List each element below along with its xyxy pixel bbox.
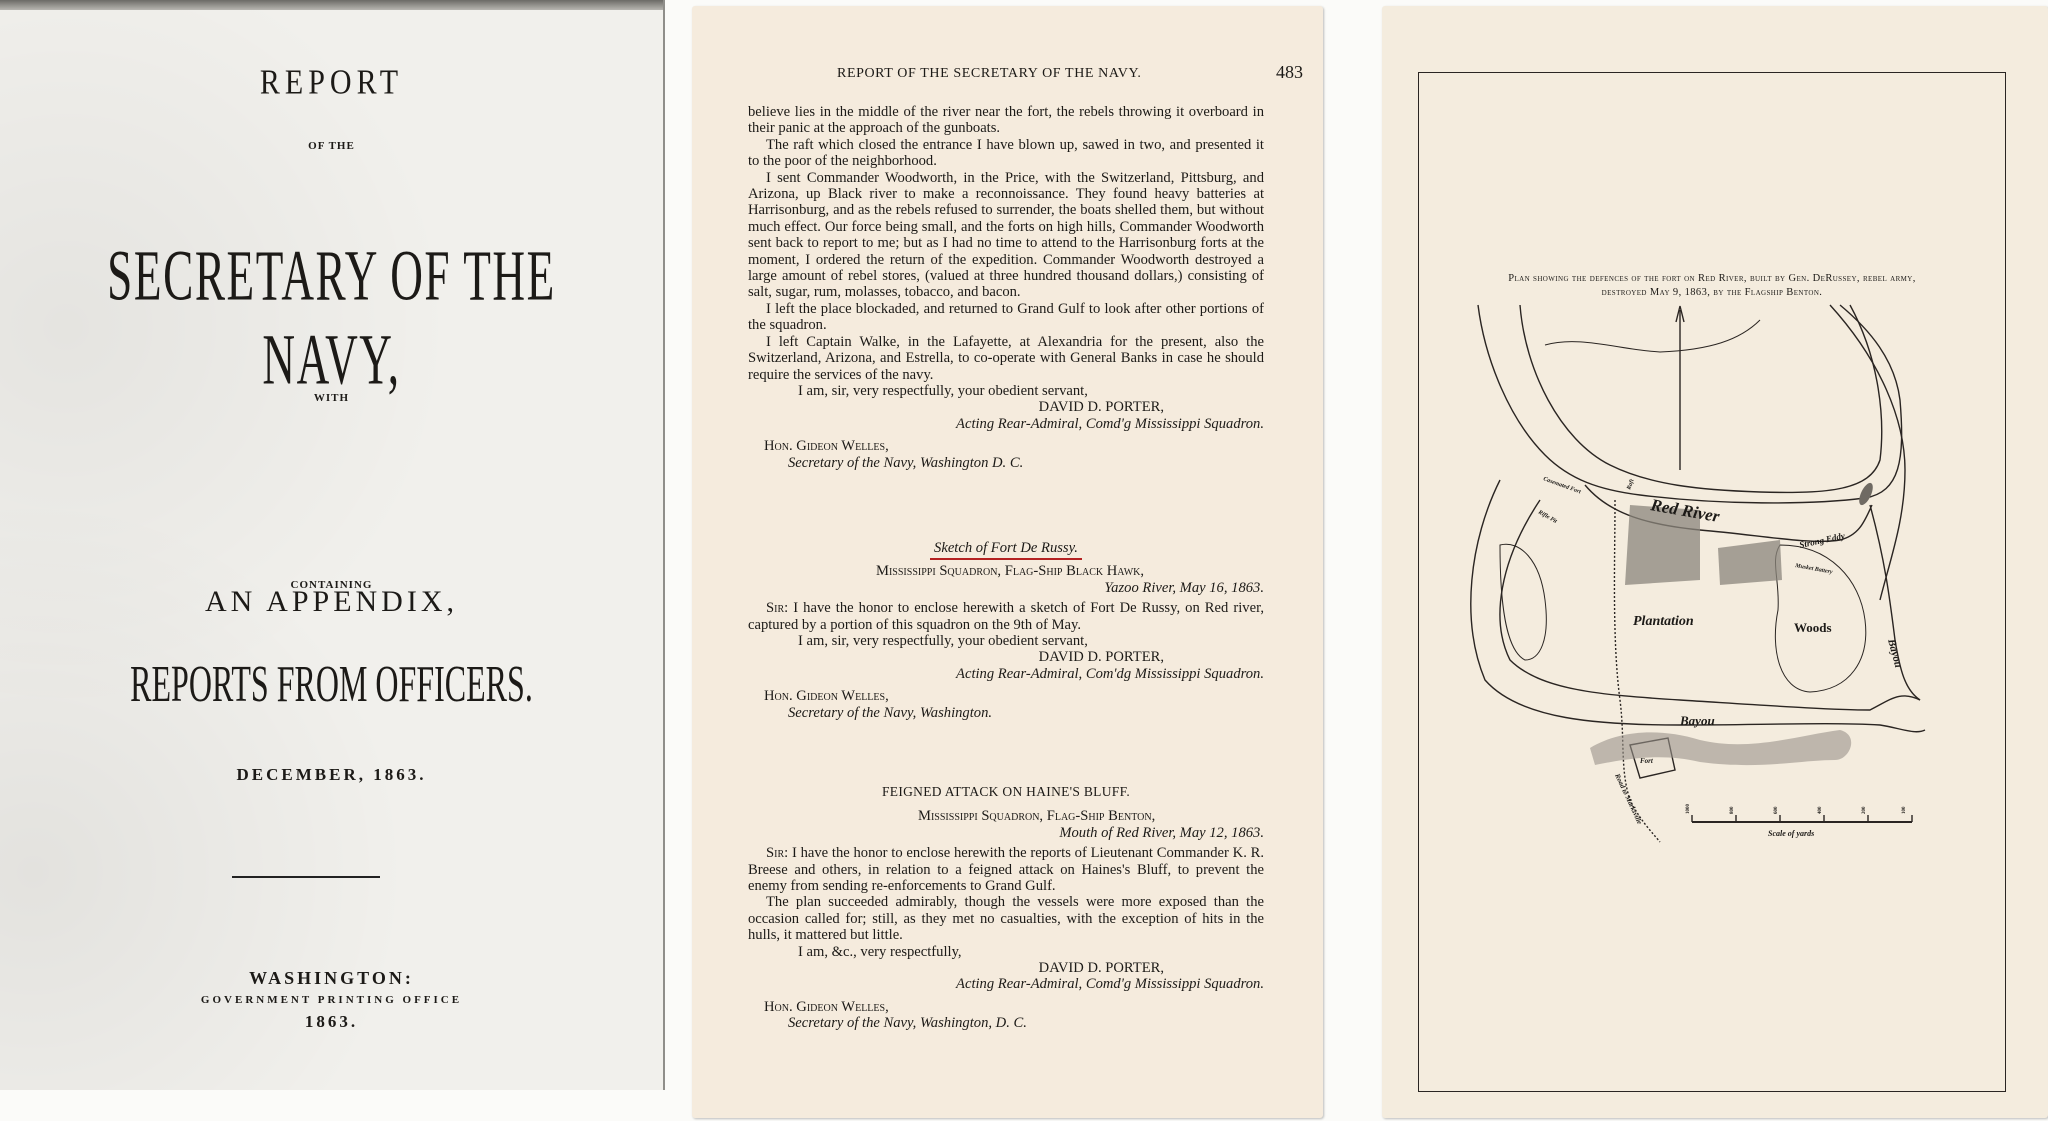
label-strong-eddy: Strong Eddy — [1798, 530, 1846, 550]
title-report: REPORT — [0, 63, 663, 102]
svg-text:1000: 1000 — [1686, 804, 1691, 815]
title-secretary: SECRETARY OF THE NAVY, — [73, 233, 590, 401]
letter-1: believe lies in the middle of the river … — [748, 104, 1264, 471]
letter-3: FEIGNED ATTACK ON HAINE'S BLUFF. Mississ… — [748, 784, 1264, 1032]
svg-text:100: 100 — [1902, 806, 1907, 814]
title-reports: REPORTS FROM OFFICERS. — [66, 653, 596, 714]
title-containing: CONTAINING — [0, 579, 663, 591]
scale-ticks: 1000 800 600 400 200 100 — [1686, 804, 1907, 815]
dateline: Mississippi Squadron, Flag-Ship Benton, — [748, 808, 1264, 824]
page-number: 483 — [1276, 62, 1303, 83]
signature-title: Acting Rear-Admiral, Comd'g Mississippi … — [748, 976, 1264, 992]
label-woods: Woods — [1794, 620, 1832, 635]
closing: I am, sir, very respectfully, your obedi… — [748, 383, 1264, 399]
addressee-title: Secretary of the Navy, Washington D. C. — [748, 455, 1264, 471]
label-road-marksville: Road to Marksville — [1613, 772, 1644, 826]
imprint-printer: GOVERNMENT PRINTING OFFICE — [0, 994, 663, 1006]
label-plantation: Plantation — [1633, 614, 1694, 629]
label-bayou-right: Bayou — [1885, 637, 1904, 669]
scan-edge — [0, 0, 663, 10]
signature-title: Acting Rear-Admiral, Com'dg Mississippi … — [748, 666, 1264, 682]
running-head: REPORT OF THE SECRETARY OF THE NAVY. — [837, 66, 1142, 82]
label-raft: Raft — [1626, 478, 1636, 491]
svg-text:200: 200 — [1862, 806, 1867, 814]
paragraph: believe lies in the middle of the river … — [748, 104, 1264, 137]
closing: I am, &c., very respectfully, — [748, 944, 1264, 960]
paragraph: The raft which closed the entrance I hav… — [748, 137, 1264, 170]
addressee: Hon. Gideon Welles, — [748, 999, 1264, 1015]
signature: DAVID D. PORTER, — [748, 649, 1264, 665]
label-bayou-bottom: Bayou — [1679, 713, 1715, 728]
label-rifle-pit: Rifle Pit — [1536, 509, 1558, 525]
signature: DAVID D. PORTER, — [748, 399, 1264, 415]
place-date: Yazoo River, May 16, 1863. — [748, 580, 1264, 596]
svg-text:800: 800 — [1730, 806, 1735, 814]
addressee: Hon. Gideon Welles, — [748, 688, 1264, 704]
paragraph: Sir: I have the honor to enclose herewit… — [748, 845, 1264, 894]
text-page: REPORT OF THE SECRETARY OF THE NAVY. 483… — [692, 6, 1323, 1118]
svg-text:600: 600 — [1774, 806, 1779, 814]
label-casemated-fort: Casemated Fort — [1542, 476, 1581, 495]
label-fort: Fort — [1640, 757, 1654, 765]
svg-text:400: 400 — [1818, 806, 1823, 814]
title-page: REPORT OF THE SECRETARY OF THE NAVY, WIT… — [0, 0, 665, 1090]
paragraph: I sent Commander Woodworth, in the Price… — [748, 170, 1264, 301]
paragraph: I left the place blockaded, and returned… — [748, 301, 1264, 334]
signature-title: Acting Rear-Admiral, Comd'g Mississippi … — [748, 416, 1264, 432]
imprint-place: WASHINGTON: — [0, 968, 663, 989]
title-of-the: OF THE — [0, 140, 663, 152]
title-rule — [232, 876, 380, 878]
section-title-sketch: Sketch of Fort De Russy. — [930, 540, 1082, 560]
addressee-title: Secretary of the Navy, Washington. — [748, 705, 1264, 721]
river-north-bank — [1478, 305, 1902, 503]
label-musket-battery: Musket Battery — [1794, 563, 1834, 576]
signature: DAVID D. PORTER, — [748, 960, 1264, 976]
place-date: Mouth of Red River, May 12, 1863. — [748, 825, 1264, 841]
addressee: Hon. Gideon Welles, — [748, 438, 1264, 454]
imprint-year: 1863. — [0, 1012, 663, 1032]
title-with: WITH — [0, 392, 663, 404]
letter-2: Sketch of Fort De Russy. Mississippi Squ… — [748, 540, 1264, 721]
map-page: Plan showing the defences of the fort on… — [1382, 6, 2048, 1118]
fort-derussy-map: Red River Plantation Woods Bayou Bayou S… — [1382, 6, 2048, 1118]
paragraph: Sir: I have the honor to enclose herewit… — [748, 600, 1264, 633]
closing: I am, sir, very respectfully, your obedi… — [748, 633, 1264, 649]
paragraph: The plan succeeded admirably, though the… — [748, 894, 1264, 943]
section-title-feigned-attack: FEIGNED ATTACK ON HAINE'S BLUFF. — [748, 784, 1264, 800]
ridge-hatching — [1590, 730, 1851, 765]
paragraph: I left Captain Walke, in the Lafayette, … — [748, 334, 1264, 383]
title-date: DECEMBER, 1863. — [0, 765, 663, 785]
label-scale-of-yards: Scale of yards — [1768, 829, 1814, 838]
dateline: Mississippi Squadron, Flag-Ship Black Ha… — [748, 563, 1264, 579]
addressee-title: Secretary of the Navy, Washington, D. C. — [748, 1015, 1264, 1031]
